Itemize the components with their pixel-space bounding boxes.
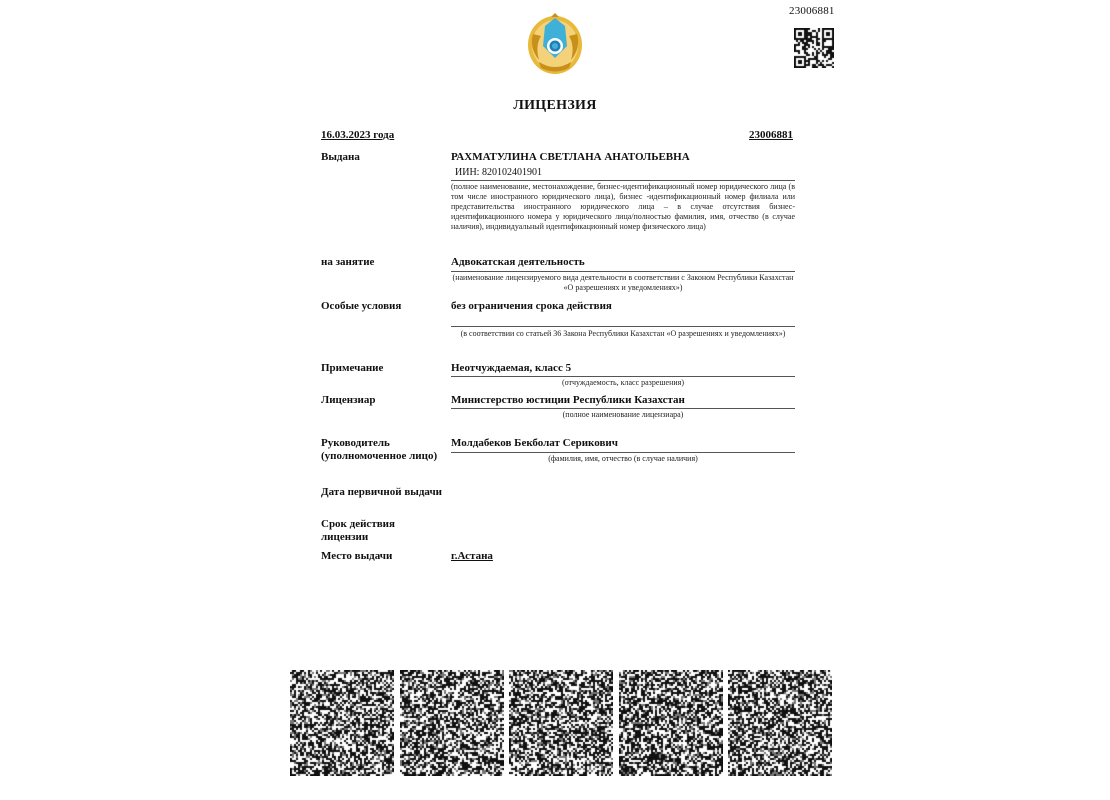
divider — [451, 376, 795, 377]
2d-barcode-icon — [290, 670, 394, 776]
head-note: (фамилия, имя, отчество (в случае наличи… — [451, 454, 795, 464]
page-title: ЛИЦЕНЗИЯ — [0, 98, 1110, 114]
validity-label: Срок действия лицензии — [321, 518, 395, 544]
2d-barcode-icon — [509, 670, 613, 776]
qr-code-icon — [794, 28, 834, 68]
head-label-line1: Руководитель — [321, 437, 437, 450]
2d-barcode-icon — [728, 670, 832, 776]
special-conditions-label: Особые условия — [321, 300, 401, 313]
divider — [451, 408, 795, 409]
issue-date: 16.03.2023 года — [321, 129, 394, 141]
remark-label: Примечание — [321, 362, 383, 375]
registration-number: 23006881 — [749, 129, 793, 141]
licensor-note: (полное наименование лицензиара) — [451, 410, 795, 420]
remark-note: (отчуждаемость, класс разрешения) — [451, 378, 795, 388]
barcode-strip — [290, 670, 832, 776]
first-issue-date-label: Дата первичной выдачи — [321, 486, 442, 499]
document-number-top: 23006881 — [789, 5, 835, 17]
special-conditions-value: без ограничения срока действия — [451, 300, 795, 313]
divider — [451, 271, 795, 272]
head-value: Молдабеков Бекболат Серикович — [451, 437, 795, 450]
special-conditions-note: (в соответствии со статьей 36 Закона Рес… — [451, 329, 795, 339]
2d-barcode-icon — [619, 670, 723, 776]
head-label: Руководитель (уполномоченное лицо) — [321, 437, 437, 463]
remark-value: Неотчуждаемая, класс 5 — [451, 362, 795, 375]
activity-note: (наименование лицензируемого вида деятел… — [451, 273, 795, 293]
place-of-issue-label: Место выдачи — [321, 550, 392, 563]
validity-label-line2: лицензии — [321, 531, 395, 544]
licensor-label: Лицензиар — [321, 394, 375, 407]
2d-barcode-icon — [400, 670, 504, 776]
issued-to-value: РАХМАТУЛИНА СВЕТЛАНА АНАТОЛЬЕВНА — [451, 151, 795, 164]
licensor-value: Министерство юстиции Республики Казахста… — [451, 394, 795, 407]
state-emblem-icon — [525, 12, 585, 76]
issued-to-label: Выдана — [321, 151, 360, 164]
place-of-issue-value: г.Астана — [451, 550, 493, 562]
activity-label: на занятие — [321, 256, 374, 269]
activity-value: Адвокатская деятельность — [451, 256, 795, 269]
issued-to-note: (полное наименование, местонахождение, б… — [451, 182, 795, 232]
iin-value: ИИН: 820102401901 — [455, 167, 542, 178]
divider — [451, 180, 795, 181]
validity-label-line1: Срок действия — [321, 518, 395, 531]
divider — [451, 326, 795, 327]
head-label-line2: (уполномоченное лицо) — [321, 450, 437, 463]
divider — [451, 452, 795, 453]
